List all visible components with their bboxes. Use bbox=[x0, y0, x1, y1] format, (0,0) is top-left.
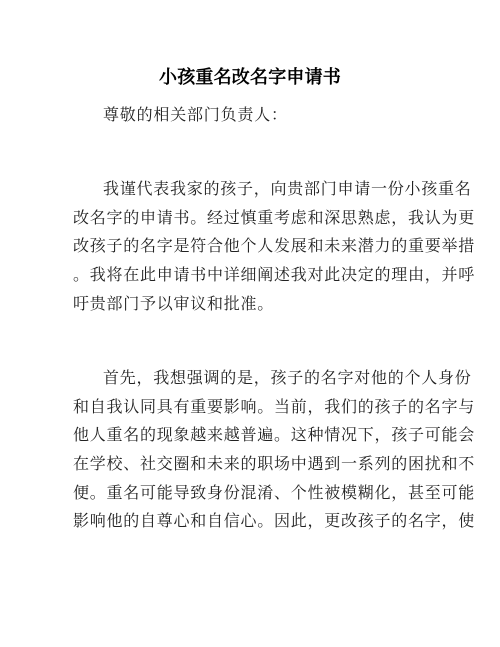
paragraph-line: 便。重名可能导致身份混淆、个性被模糊化，甚至可能 bbox=[73, 479, 427, 508]
paragraph-line: 改名字的申请书。经过慎重考虑和深思熟虑，我认为更 bbox=[73, 204, 427, 233]
paragraph-line: 在学校、社交圈和未来的职场中遇到一系列的困扰和不 bbox=[73, 450, 427, 479]
salutation: 尊敬的相关部门负责人： bbox=[103, 102, 288, 125]
document-title: 小孩重名改名字申请书 bbox=[0, 63, 500, 89]
paragraph-1: 我谨代表我家的孩子，向贵部门申请一份小孩重名 改名字的申请书。经过慎重考虑和深思… bbox=[73, 175, 427, 318]
paragraph-line: 吁贵部门予以审议和批准。 bbox=[73, 290, 427, 319]
document-page: 小孩重名改名字申请书 尊敬的相关部门负责人： 我谨代表我家的孩子，向贵部门申请一… bbox=[0, 0, 500, 647]
paragraph-line: 。我将在此申请书中详细阐述我对此决定的理由，并呼 bbox=[73, 261, 427, 290]
paragraph-line: 他人重名的现象越来越普遍。这种情况下，孩子可能会 bbox=[73, 421, 427, 450]
paragraph-line: 改孩子的名字是符合他个人发展和未来潜力的重要举措 bbox=[73, 232, 427, 261]
paragraph-line: 首先，我想强调的是，孩子的名字对他的个人身份 bbox=[73, 364, 427, 393]
paragraph-line: 和自我认同具有重要影响。当前，我们的孩子的名字与 bbox=[73, 393, 427, 422]
paragraph-line: 影响他的自尊心和自信心。因此，更改孩子的名字，使 bbox=[73, 507, 427, 536]
paragraph-line: 我谨代表我家的孩子，向贵部门申请一份小孩重名 bbox=[73, 175, 427, 204]
paragraph-2: 首先，我想强调的是，孩子的名字对他的个人身份 和自我认同具有重要影响。当前，我们… bbox=[73, 364, 427, 536]
